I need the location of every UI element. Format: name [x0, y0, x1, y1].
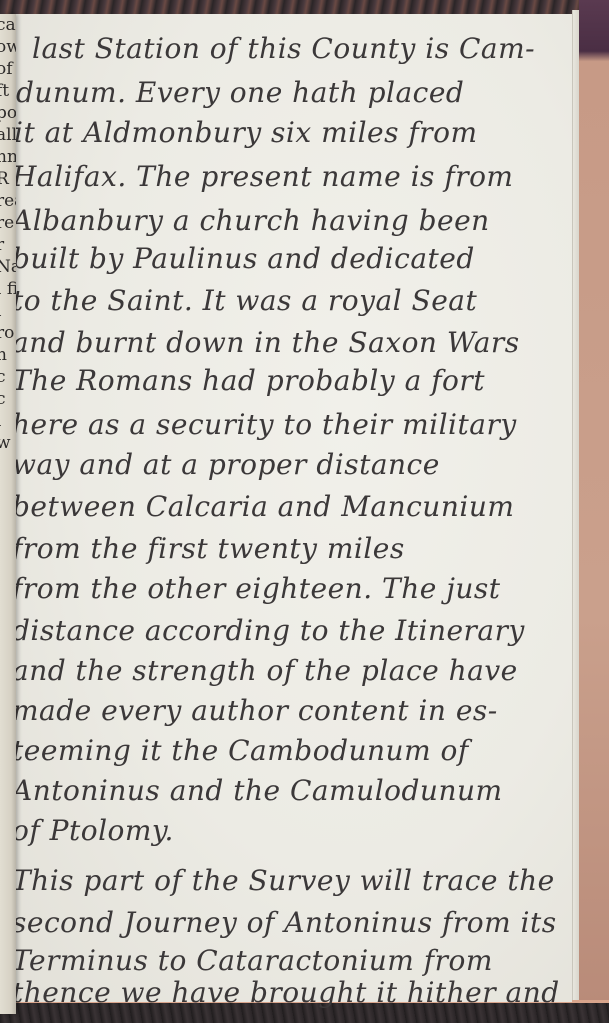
manuscript-photo: last Station of this County is Cam- dunu…: [0, 0, 609, 1023]
manuscript-line: between Calcaria and Mancunium: [12, 490, 514, 523]
facing-page-fragment: po: [0, 102, 16, 124]
manuscript-line: This part of the Survey will trace the: [12, 864, 555, 897]
manuscript-line: from the first twenty miles: [12, 532, 405, 565]
facing-page-fragment: r: [0, 234, 16, 256]
facing-page-fragment: rea: [0, 190, 16, 212]
manuscript-line: Antoninus and the Camulodunum: [12, 774, 503, 807]
manuscript-line: Halifax. The present name is from: [12, 160, 513, 193]
book-cover-right-edge: [579, 0, 609, 1023]
facing-page-fragment: nn: [0, 146, 16, 168]
manuscript-line: built by Paulinus and dedicated: [12, 242, 475, 275]
manuscript-line: and burnt down in the Saxon Wars: [12, 326, 520, 359]
manuscript-line: Albanbury a church having been: [12, 204, 490, 237]
facing-page-fragment: re: [0, 212, 16, 234]
manuscript-page: last Station of this County is Cam- dunu…: [12, 14, 572, 1002]
manuscript-line: here as a security to their military: [12, 408, 517, 441]
facing-page-fragment: of: [0, 58, 16, 80]
facing-page-fragment: c: [0, 388, 16, 410]
facing-page-fragment: w: [0, 432, 16, 454]
facing-page-fragment: i: [0, 300, 16, 322]
manuscript-line: way and at a proper distance: [12, 448, 440, 481]
facing-page-fragment: ft: [0, 80, 16, 102]
manuscript-line: The Romans had probably a fort: [12, 364, 485, 397]
manuscript-line: second Journey of Antoninus from its: [12, 906, 557, 939]
manuscript-line: dunum. Every one hath placed: [16, 76, 464, 109]
facing-page-fragment: l: [0, 410, 16, 432]
page-stack-edge: [572, 10, 579, 1010]
manuscript-line: of Ptolomy.: [12, 814, 174, 847]
facing-page-fragment: ca: [0, 14, 16, 36]
facing-page-fragment: all: [0, 124, 16, 146]
manuscript-line: last Station of this County is Cam-: [32, 32, 535, 65]
manuscript-line: and the strength of the place have: [12, 654, 518, 687]
facing-page-fragment: n: [0, 344, 16, 366]
facing-page-fragment: ow: [0, 36, 16, 58]
facing-page-fragment: R: [0, 168, 16, 190]
manuscript-line: distance according to the Itinerary: [12, 614, 525, 647]
manuscript-line: it at Aldmonbury six miles from: [14, 116, 478, 149]
manuscript-line: thence we have brought it hither and: [12, 976, 560, 1009]
facing-page-fragment: l fi: [0, 278, 16, 300]
facing-page-fragment: Na: [0, 256, 16, 278]
manuscript-line: from the other eighteen. The just: [12, 572, 501, 605]
manuscript-line: Terminus to Cataractonium from: [12, 944, 493, 977]
facing-page-fragment: ro: [0, 322, 16, 344]
manuscript-line: to the Saint. It was a royal Seat: [12, 284, 477, 317]
facing-page-fragment: c: [0, 366, 16, 388]
manuscript-line: teeming it the Cambodunum of: [12, 734, 469, 767]
manuscript-line: made every author content in es-: [12, 694, 498, 727]
facing-page-edge: ca ow of ft po all nn R rea re r Na l fi…: [0, 14, 16, 1014]
